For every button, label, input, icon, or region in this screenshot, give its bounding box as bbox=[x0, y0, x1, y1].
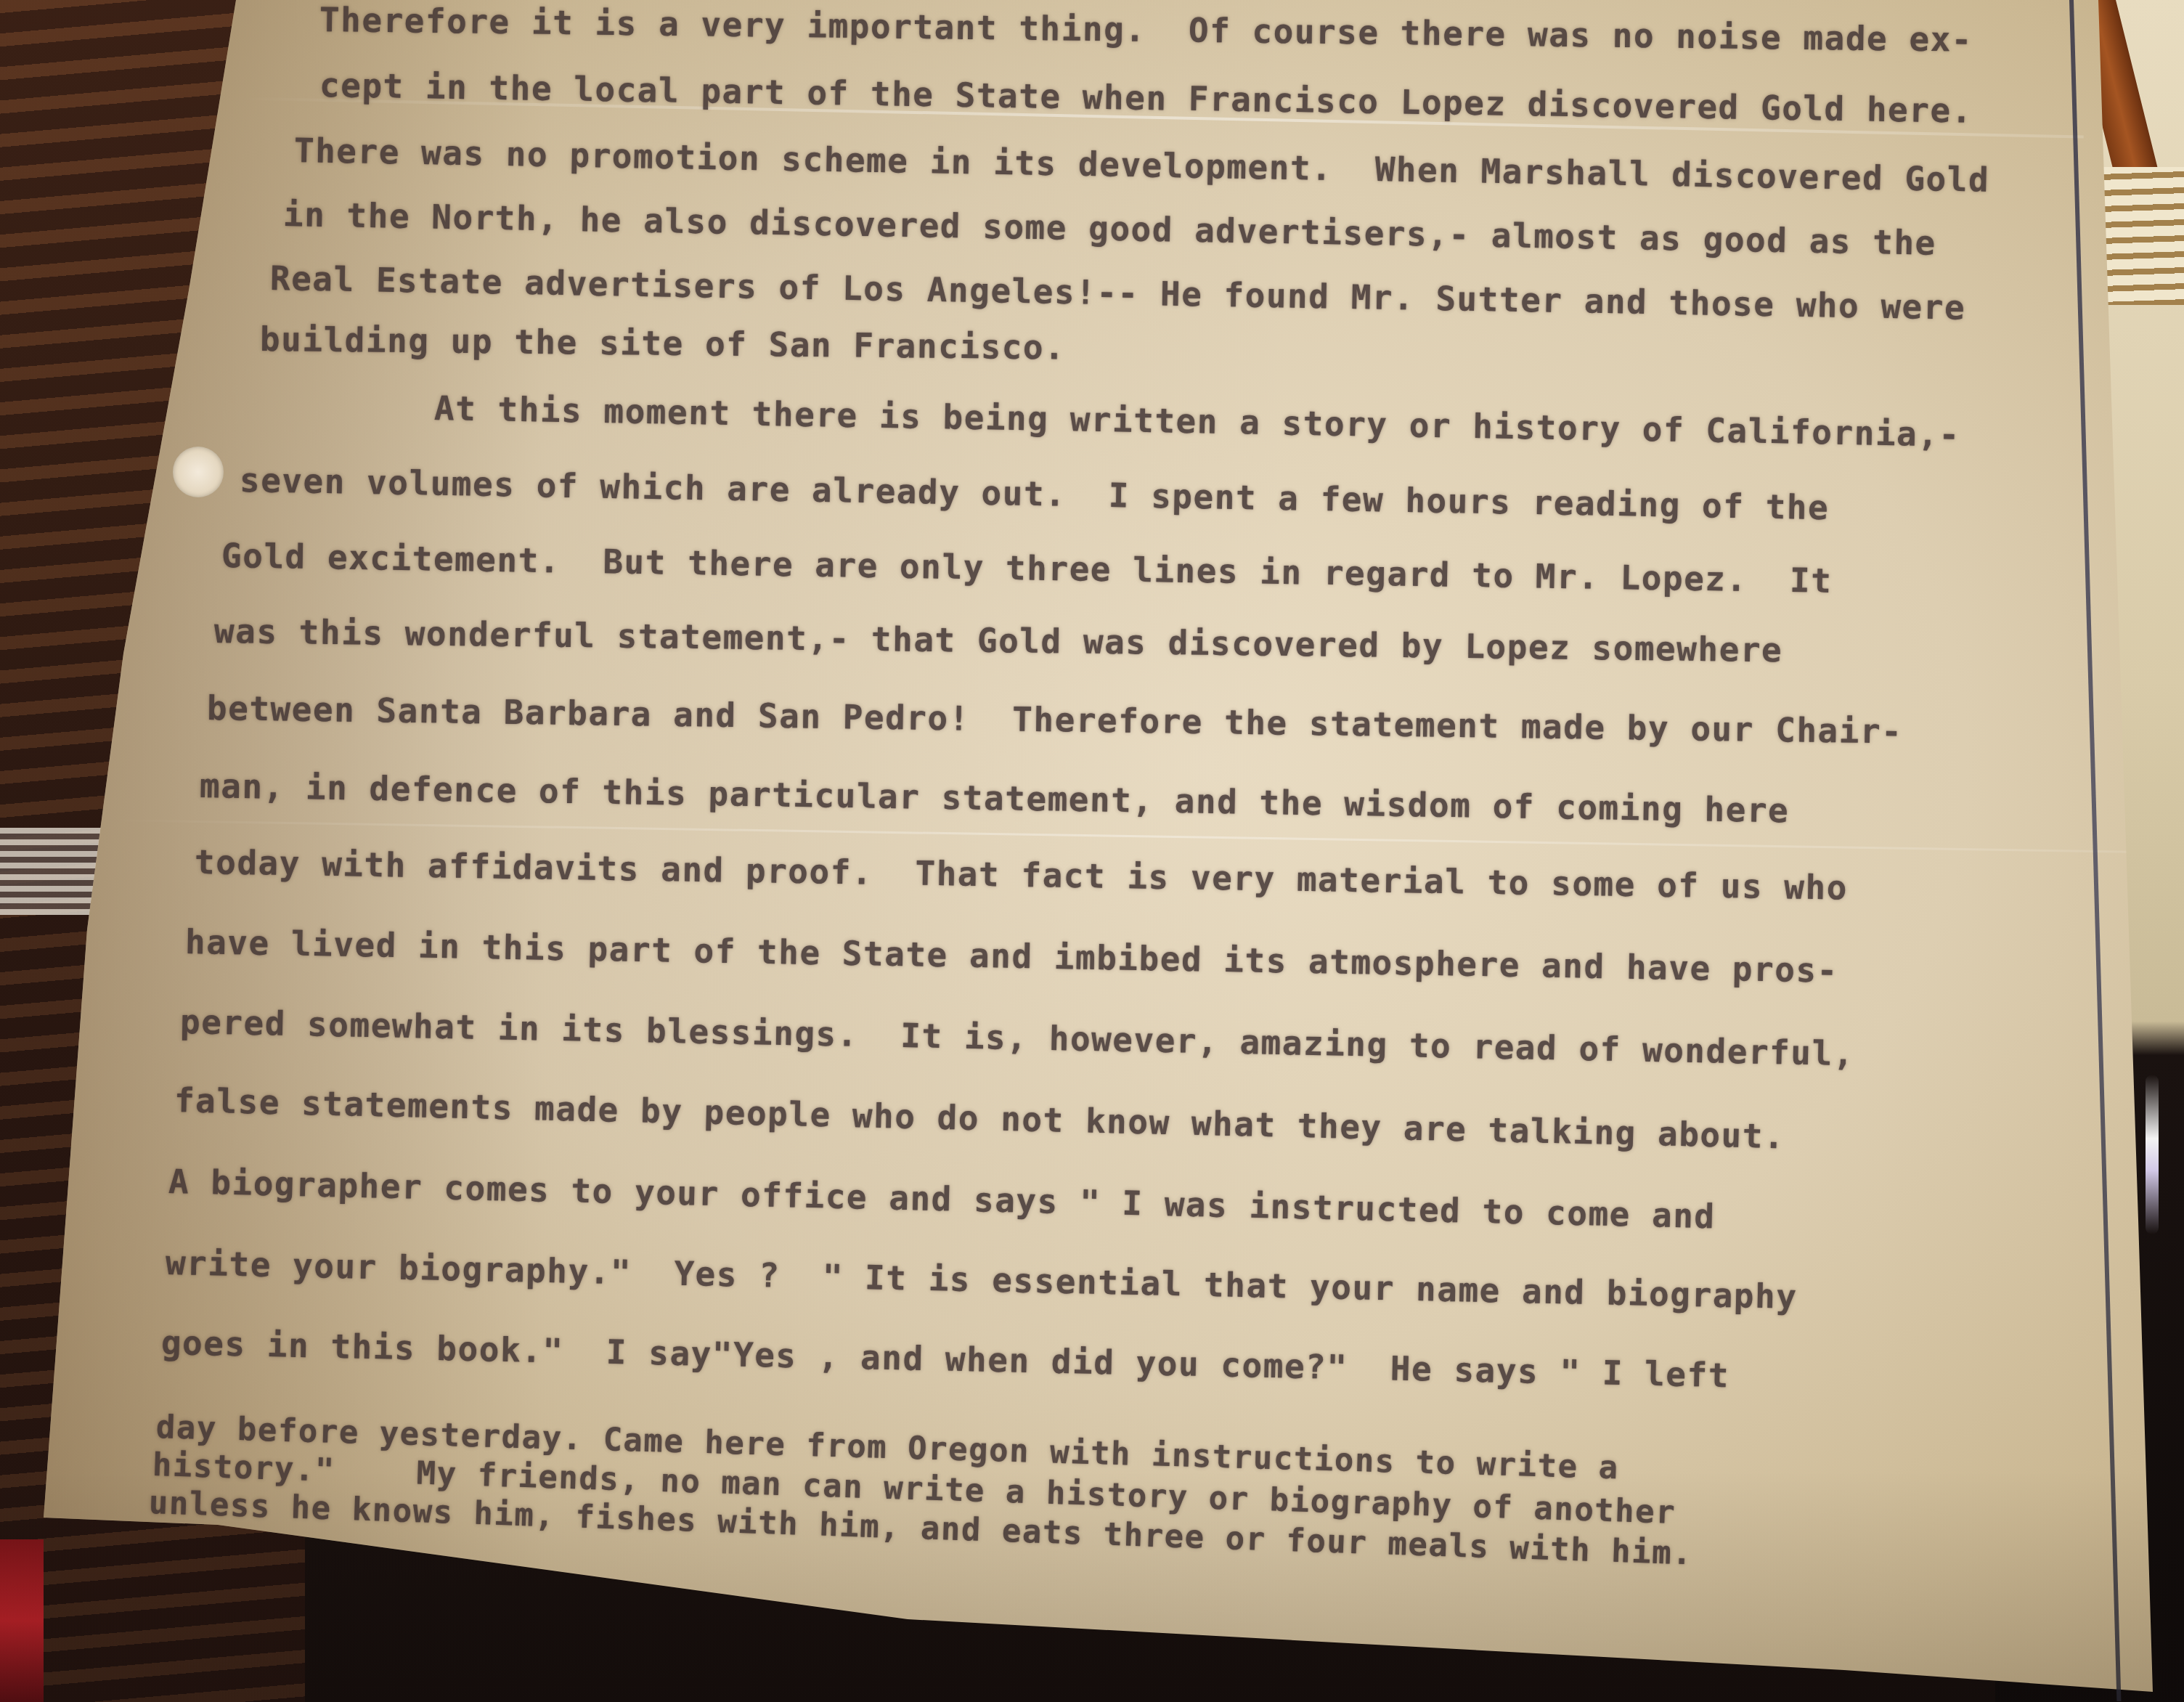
text-line: pered somewhat in its blessings. It is, … bbox=[179, 1002, 1854, 1073]
text-line: At this moment there is being written a … bbox=[434, 388, 1961, 455]
text-line: false statements made by people who do n… bbox=[174, 1080, 1785, 1156]
text-line: man, in defence of this particular state… bbox=[200, 766, 1790, 830]
typed-text: Therefore it is a very important thing. … bbox=[0, 0, 2184, 1702]
text-line: write your biography." Yes ? " It is ess… bbox=[165, 1243, 1798, 1316]
text-line: Therefore it is a very important thing. … bbox=[319, 0, 1973, 60]
text-line: cept in the local part of the State when… bbox=[319, 65, 1973, 131]
paper-stack-left bbox=[0, 828, 102, 915]
typewritten-page: Therefore it is a very important thing. … bbox=[0, 0, 2184, 1702]
light-glare bbox=[2146, 1075, 2159, 1234]
text-line: Gold excitement. But there are only thre… bbox=[221, 536, 1833, 600]
text-line: was this wonderful statement,- that Gold… bbox=[214, 611, 1783, 669]
text-line: in the North, he also discovered some go… bbox=[283, 195, 1937, 263]
text-line: There was no promotion scheme in its dev… bbox=[294, 131, 1990, 200]
text-line: A biographer comes to your office and sa… bbox=[168, 1162, 1716, 1236]
text-line: Real Estate advertisers of Los Angeles!-… bbox=[270, 258, 1966, 327]
text-line: today with affidavits and proof. That fa… bbox=[195, 842, 1849, 908]
text-line: goes in this book." I say"Yes , and when… bbox=[160, 1323, 1729, 1395]
text-line: between Santa Barbara and San Pedro! The… bbox=[207, 688, 1903, 752]
red-fabric bbox=[0, 1539, 44, 1702]
text-line: have lived in this part of the State and… bbox=[185, 922, 1839, 990]
text-line: seven volumes of which are already out. … bbox=[240, 460, 1830, 527]
photo-scene: Therefore it is a very important thing. … bbox=[0, 0, 2184, 1702]
text-line: building up the site of San Francisco. bbox=[260, 319, 1066, 367]
